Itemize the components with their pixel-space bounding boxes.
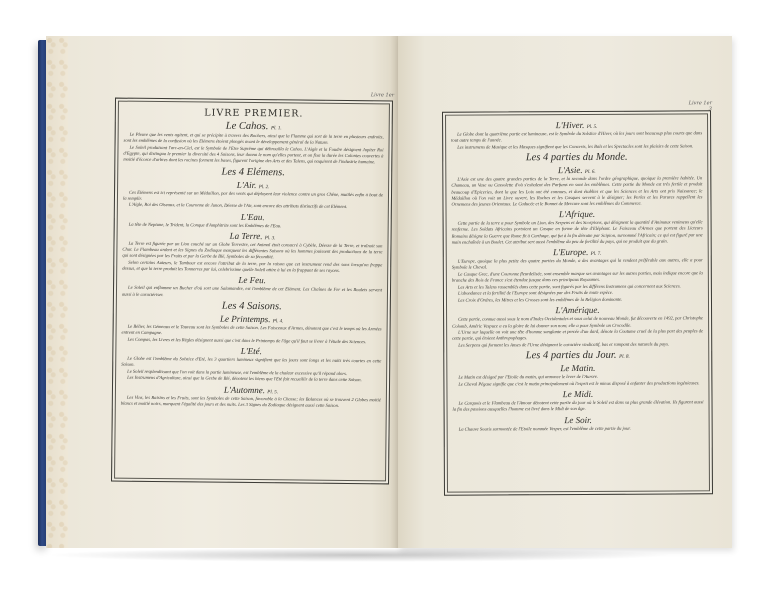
plate-reference: Pl. 8. xyxy=(619,355,630,360)
paragraph: Les Compas, les Livres et les Règles dés… xyxy=(121,336,381,345)
section-heading-text: Le Cahos. xyxy=(226,121,269,132)
paragraph: Cette partie, connue aussi sous le nom d… xyxy=(452,316,703,330)
section-heading: Le Midi. xyxy=(452,389,703,400)
paragraph: Le Soleil qui enflamme un Bucher d'où so… xyxy=(122,285,382,300)
paragraph: Le Casque Grec, d'une Couronne fleurdeli… xyxy=(452,270,703,284)
plate-reference: Pl. 5. xyxy=(267,390,278,395)
left-page-content: LIVRE PREMIER. Le Cahos. Pl. 1.Le Pleuve… xyxy=(121,105,384,410)
plate-reference: Pl. 4. xyxy=(273,319,284,324)
paragraph: Les Croix d'Ordres, les Mitres et les Cr… xyxy=(452,296,703,304)
section-heading-text: L'Amérique. xyxy=(555,305,599,315)
section-heading-text: Les 4 Saisons. xyxy=(222,300,282,312)
section-heading-text: La Terre. xyxy=(230,231,263,241)
paragraph: La Terre est figurée par un Lion couché … xyxy=(122,240,382,261)
section-heading: Le Soir. xyxy=(453,414,704,425)
left-page-frame: Livre 1er LIVRE PREMIER. Le Cahos. Pl. 1… xyxy=(111,98,393,485)
section-heading: L'Afrique. xyxy=(452,208,703,219)
section-heading: L'Amérique. xyxy=(452,305,703,316)
section-heading-text: Le Feu. xyxy=(238,275,266,285)
paragraph: L'Asie est une des quatre grandes partie… xyxy=(451,175,702,207)
section-heading: Le Matin. xyxy=(452,363,703,374)
right-page-content: L'Hiver. Pl. 5.Le Globe dont la quatrièm… xyxy=(451,117,704,433)
paragraph: Le Soleil produisant l'arc-en-Ciel, est … xyxy=(123,145,383,166)
section-heading: L'Asie. Pl. 6. xyxy=(451,164,702,175)
book-shadow xyxy=(44,548,674,562)
section-heading-text: Les 4 Elémens. xyxy=(222,166,285,178)
open-book: Livre 1er LIVRE PREMIER. Le Cahos. Pl. 1… xyxy=(0,0,768,592)
section-heading-text: L'Hiver. xyxy=(556,120,585,130)
section-heading-text: L'Afrique. xyxy=(559,209,595,219)
left-page: Livre 1er LIVRE PREMIER. Le Cahos. Pl. 1… xyxy=(68,36,398,548)
section-heading: Les 4 parties du Jour. Pl. 8. xyxy=(452,350,703,362)
paragraph: Selon certains Auteurs, le Tambour est e… xyxy=(122,260,382,275)
section-heading-text: Les 4 parties du Jour. xyxy=(526,350,617,361)
section-heading-text: L'Eté. xyxy=(241,346,262,356)
section-heading-text: Les 4 parties du Monde. xyxy=(526,152,628,164)
right-page-number: 3 xyxy=(709,106,712,112)
plate-reference: Pl. 7. xyxy=(591,252,602,257)
section-heading: L'Hiver. Pl. 5. xyxy=(451,119,702,130)
section-heading-text: L'Europe. xyxy=(553,247,588,257)
section-heading-text: Le Printemps. xyxy=(220,313,271,324)
paragraph: Les instrumens de Musique et les Masques… xyxy=(451,143,702,151)
paragraph: L'Urne sur laquelle on voit une tête d'h… xyxy=(452,329,703,343)
paragraph: Les Vins, les Raisins et les Fruits, son… xyxy=(121,394,381,409)
section-heading: Les 4 parties du Monde. xyxy=(451,151,702,163)
section-heading-text: Le Midi. xyxy=(563,389,594,399)
paragraph: L'Europe, quoique la plus petite des qua… xyxy=(452,257,703,271)
section-heading-text: Le Soir. xyxy=(564,415,592,425)
paragraph: Le Globe dont la quatrième partie est lu… xyxy=(451,130,702,144)
plate-reference: Pl. 5. xyxy=(587,125,598,130)
section-heading: Les 4 Saisons. xyxy=(122,299,382,313)
section-heading-text: Le Matin. xyxy=(560,363,595,373)
paragraph: Les Instrumens d'Agriculture, ainsi que … xyxy=(121,375,381,384)
section-heading: Les 4 Elémens. xyxy=(123,165,383,179)
paragraph: Cette partie de la terre a pour Symbole … xyxy=(452,219,703,245)
right-page: Livre 1er 3 L'Hiver. Pl. 5.Le Globe dont… xyxy=(398,36,732,548)
paragraph: Le Carquois et le Flambeau de l'Amour dé… xyxy=(453,400,704,414)
plate-reference: Pl. 3. xyxy=(265,236,276,241)
paragraph: La Chauve Souris surmontée de l'Etoile n… xyxy=(453,425,704,433)
section-heading-text: L'Eau. xyxy=(241,212,265,222)
section-heading-text: L'Air. xyxy=(237,179,257,189)
right-page-frame: Livre 1er 3 L'Hiver. Pl. 5.Le Globe dont… xyxy=(442,110,713,495)
paragraph: Les Serpens qui forment les Anses de l'U… xyxy=(452,342,703,350)
book-title: LIVRE PREMIER. xyxy=(124,107,384,121)
section-heading-text: L'Automne. xyxy=(224,384,265,394)
plate-reference: Pl. 2. xyxy=(259,185,270,190)
plate-reference: Pl. 6. xyxy=(585,170,596,175)
section-heading-text: L'Asie. xyxy=(558,165,583,175)
plate-reference: Pl. 1. xyxy=(271,126,282,131)
paragraph: L'Aigle, Roi des Oiseaux, et la Couronne… xyxy=(123,202,383,211)
paragraph: Le Cheval Pégase signifie que c'est le m… xyxy=(452,380,703,388)
section-heading: L'Europe. Pl. 7. xyxy=(452,246,703,257)
paragraph: La tête de Neptune, le Trident, la Conqu… xyxy=(123,221,383,230)
